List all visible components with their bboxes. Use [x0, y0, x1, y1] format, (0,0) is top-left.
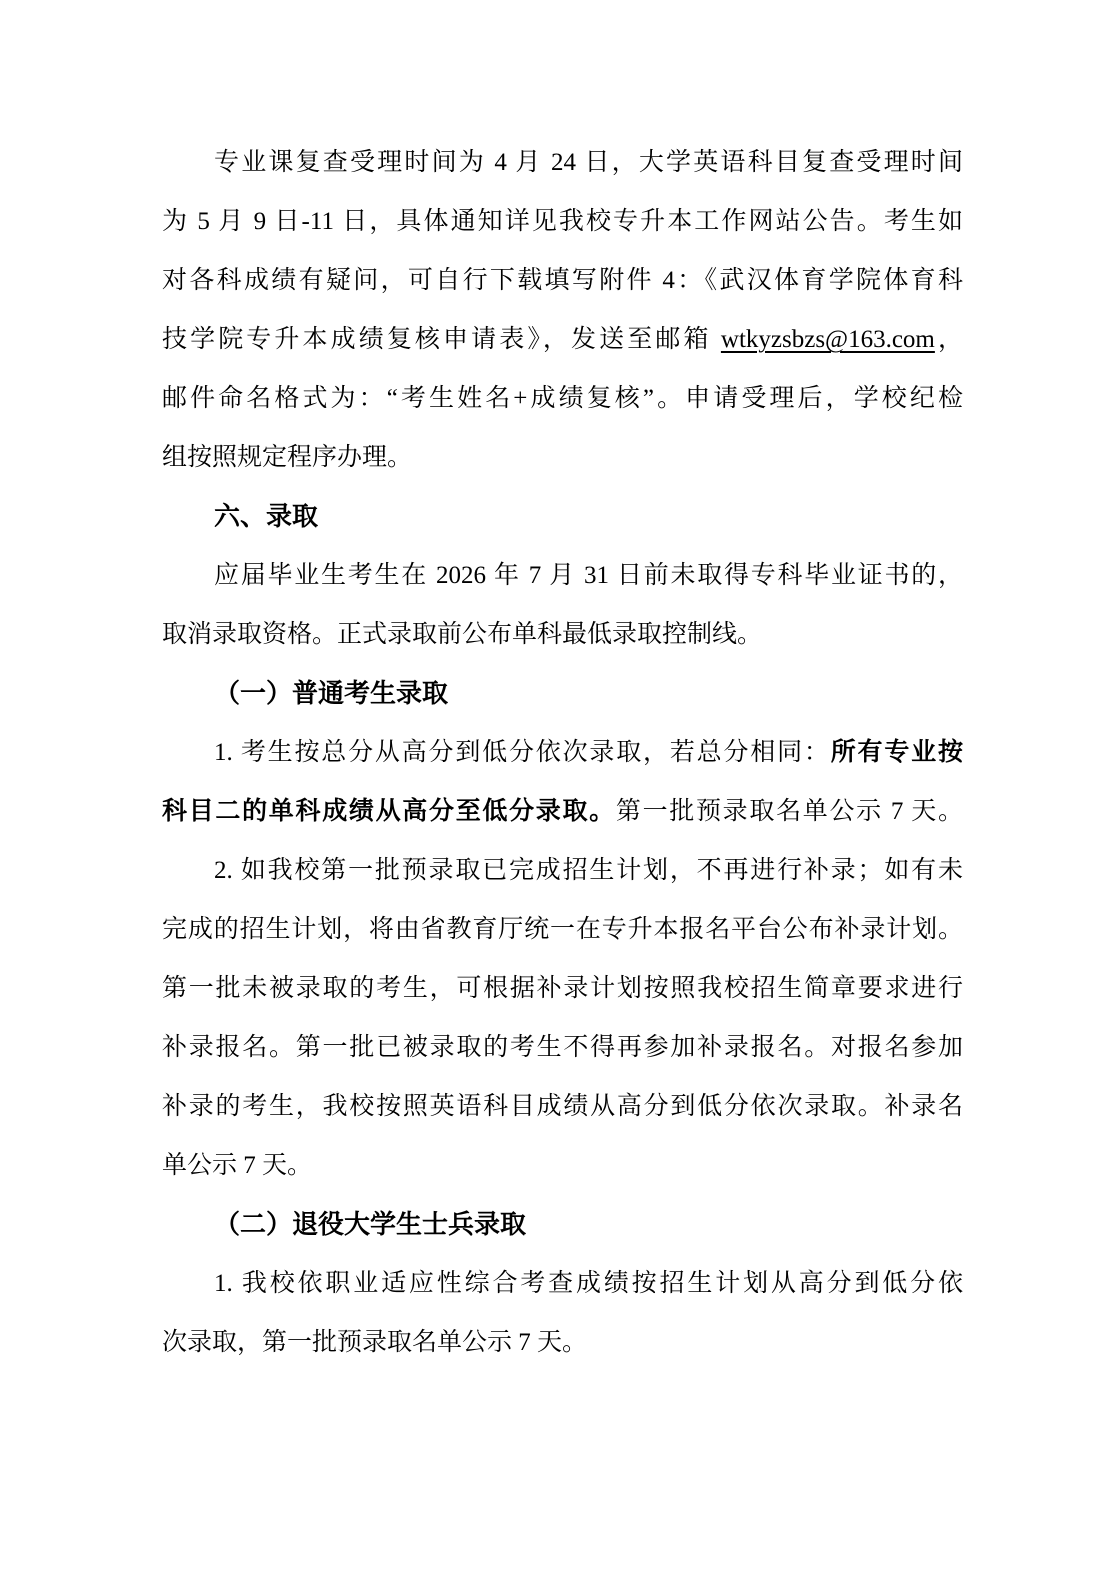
text-segment: 六、录取: [214, 502, 318, 531]
document-body: 专业课复查受理时间为 4 月 24 日，大学英语科目复查受理时间为 5 月 9 …: [162, 133, 963, 1372]
email-address: wtkyzsbzs@163.com: [721, 326, 935, 353]
text-segment: 专业课复查受理时间为 4 月 24 日，大学英语科目复查受理时间: [214, 149, 963, 176]
text-segment: 次录取，第一批预录取名单公示 7 天。: [162, 1329, 587, 1356]
text-segment: 完成的招生计划，将由省教育厅统一在专升本报名平台公布补录计划。: [162, 916, 963, 943]
text-segment: ，: [935, 326, 963, 353]
heading-sub-2: （二）退役大学生士兵录取: [162, 1195, 963, 1254]
text-segment: 应届毕业生考生在 2026 年 7 月 31 日前未取得专科毕业证书的，: [214, 562, 963, 589]
paragraph-line: 组按照规定程序办理。: [162, 428, 963, 487]
text-segment: 为 5 月 9 日-11 日，具体通知详见我校专升本工作网站公告。考生如: [162, 208, 963, 235]
text-segment: （一）普通考生录取: [214, 679, 448, 708]
paragraph-line: 1. 考生按总分从高分到低分依次录取，若总分相同：所有专业按: [162, 723, 963, 782]
text-segment: 邮件命名格式为：“考生姓名+成绩复核”。申请受理后，学校纪检: [162, 385, 963, 412]
paragraph-line: 2. 如我校第一批预录取已完成招生计划，不再进行补录；如有未: [162, 841, 963, 900]
paragraph-line: 单公示 7 天。: [162, 1136, 963, 1195]
text-segment: 科目二的单科成绩从高分至低分录取。: [162, 798, 616, 825]
text-segment: （二）退役大学生士兵录取: [214, 1210, 526, 1239]
paragraph-line: 邮件命名格式为：“考生姓名+成绩复核”。申请受理后，学校纪检: [162, 369, 963, 428]
paragraph-line: 为 5 月 9 日-11 日，具体通知详见我校专升本工作网站公告。考生如: [162, 192, 963, 251]
paragraph-line: 取消录取资格。正式录取前公布单科最低录取控制线。: [162, 605, 963, 664]
text-segment: 补录的考生，我校按照英语科目成绩从高分到低分依次录取。补录名: [162, 1093, 963, 1120]
paragraph-line: 科目二的单科成绩从高分至低分录取。第一批预录取名单公示 7 天。: [162, 782, 963, 841]
heading-sub-1: （一）普通考生录取: [162, 664, 963, 723]
text-segment: 补录报名。第一批已被录取的考生不得再参加补录报名。对报名参加: [162, 1034, 963, 1061]
text-segment: 第一批未被录取的考生，可根据补录计划按照我校招生简章要求进行: [162, 975, 963, 1002]
paragraph-line: 应届毕业生考生在 2026 年 7 月 31 日前未取得专科毕业证书的，: [162, 546, 963, 605]
text-segment: 对各科成绩有疑问，可自行下载填写附件 4：《武汉体育学院体育科: [162, 267, 963, 294]
paragraph-line: 次录取，第一批预录取名单公示 7 天。: [162, 1313, 963, 1372]
heading-section-6: 六、录取: [162, 487, 963, 546]
paragraph-line: 补录报名。第一批已被录取的考生不得再参加补录报名。对报名参加: [162, 1018, 963, 1077]
paragraph-line: 对各科成绩有疑问，可自行下载填写附件 4：《武汉体育学院体育科: [162, 251, 963, 310]
text-segment: 组按照规定程序办理。: [162, 444, 412, 471]
text-segment: 所有专业按: [831, 739, 963, 766]
paragraph-line: 专业课复查受理时间为 4 月 24 日，大学英语科目复查受理时间: [162, 133, 963, 192]
text-segment: 1. 我校依职业适应性综合考查成绩按招生计划从高分到低分依: [214, 1270, 963, 1297]
paragraph-line: 技学院专升本成绩复核申请表》，发送至邮箱 wtkyzsbzs@163.com，: [162, 310, 963, 369]
text-segment: 第一批预录取名单公示 7 天。: [616, 798, 963, 825]
paragraph-line: 完成的招生计划，将由省教育厅统一在专升本报名平台公布补录计划。: [162, 900, 963, 959]
text-segment: 2. 如我校第一批预录取已完成招生计划，不再进行补录；如有未: [214, 857, 963, 884]
paragraph-line: 1. 我校依职业适应性综合考查成绩按招生计划从高分到低分依: [162, 1254, 963, 1313]
text-segment: 单公示 7 天。: [162, 1152, 312, 1179]
document-page: 专业课复查受理时间为 4 月 24 日，大学英语科目复查受理时间为 5 月 9 …: [0, 0, 1108, 1576]
paragraph-line: 补录的考生，我校按照英语科目成绩从高分到低分依次录取。补录名: [162, 1077, 963, 1136]
paragraph-line: 第一批未被录取的考生，可根据补录计划按照我校招生简章要求进行: [162, 959, 963, 1018]
text-segment: 技学院专升本成绩复核申请表》，发送至邮箱: [162, 326, 721, 353]
text-segment: 1. 考生按总分从高分到低分依次录取，若总分相同：: [214, 739, 831, 766]
text-segment: 取消录取资格。正式录取前公布单科最低录取控制线。: [162, 621, 762, 648]
